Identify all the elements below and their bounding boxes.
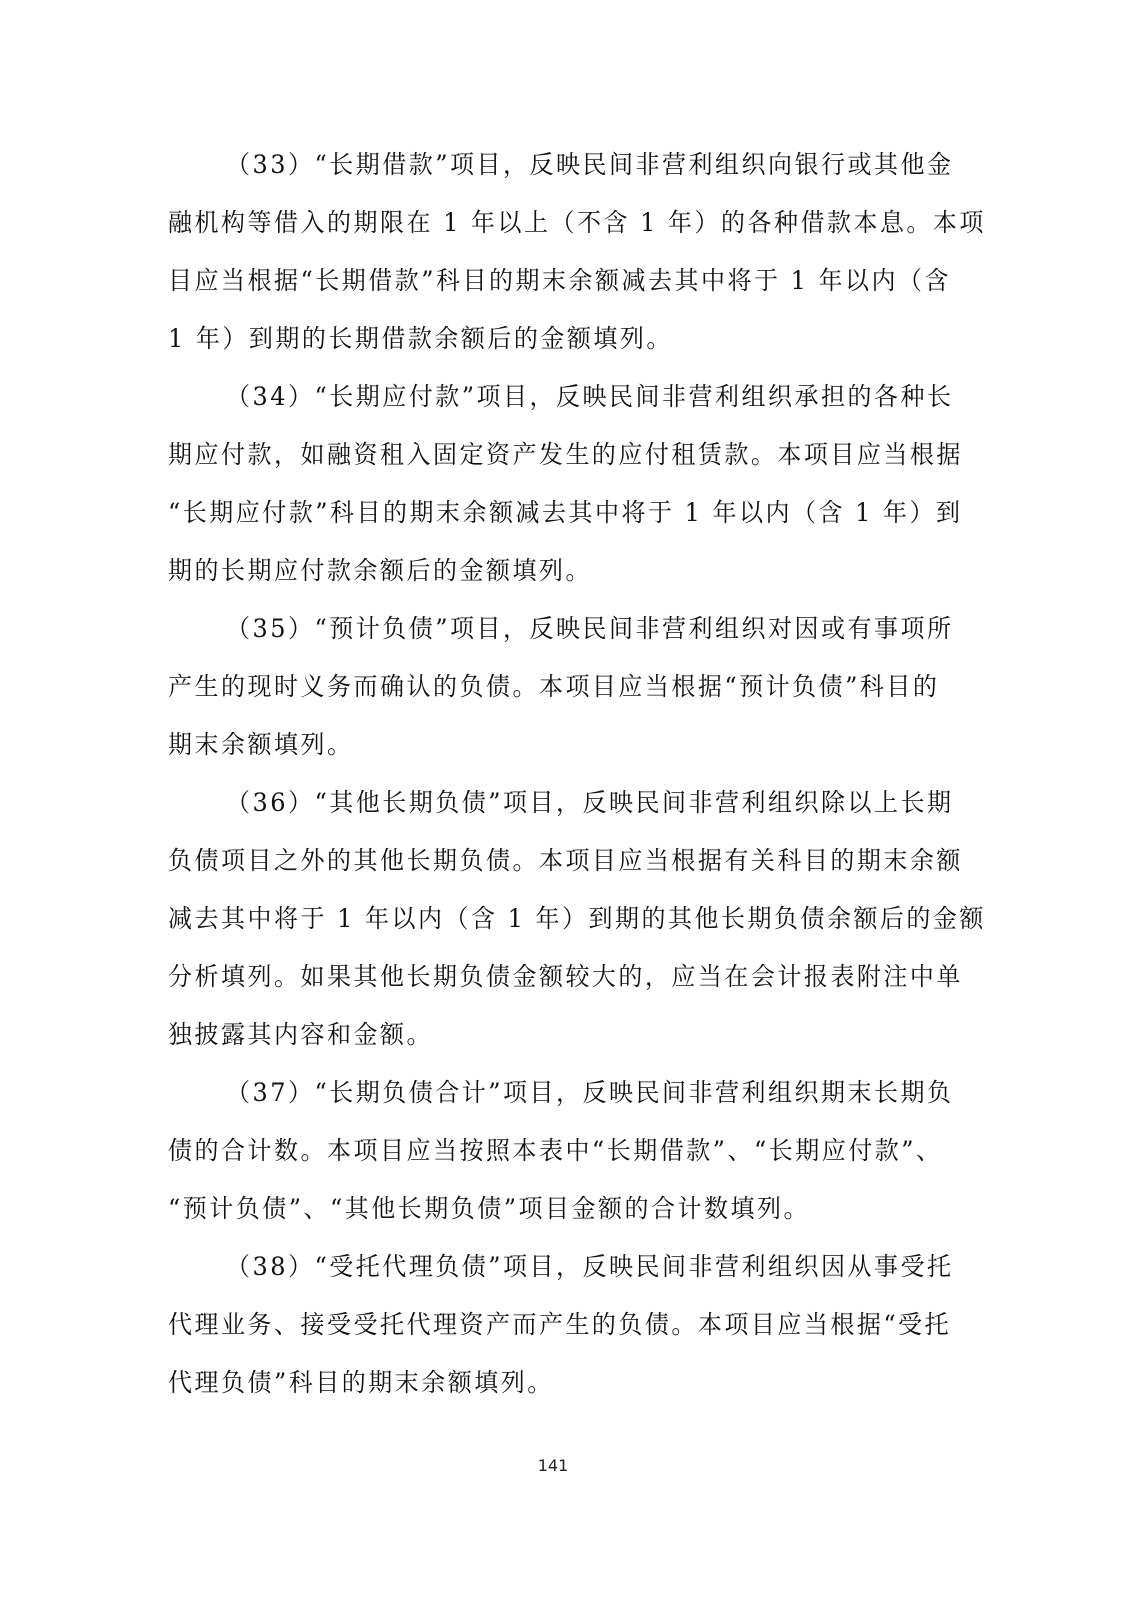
paragraph-line: 分析填列。如果其他长期负债金额较大的，应当在会计报表附注中单 — [168, 957, 912, 997]
paragraph-line: 期末余额填列。 — [168, 725, 353, 765]
paragraph-line: 债的合计数。本项目应当按照本表中“长期借款”、“长期应付款”、 — [168, 1131, 912, 1171]
paragraph-line: 目应当根据“长期借款”科目的期末余额减去其中将于 1 年以内（含 — [168, 261, 912, 301]
paragraph-line: （33）“长期借款”项目，反映民间非营利组织向银行或其他金 — [226, 145, 914, 185]
document-page: （33）“长期借款”项目，反映民间非营利组织向银行或其他金 融机构等借入的期限在… — [0, 0, 1131, 1600]
paragraph-line: 独披露其内容和金额。 — [168, 1015, 433, 1055]
paragraph-line: 融机构等借入的期限在 1 年以上（不含 1 年）的各种借款本息。本项 — [168, 203, 912, 243]
paragraph-line: 减去其中将于 1 年以内（含 1 年）到期的其他长期负债余额后的金额 — [168, 899, 912, 939]
page-number: 141 — [0, 1456, 1106, 1475]
paragraph-line: “预计负债”、“其他长期负债”项目金额的合计数填列。 — [168, 1189, 810, 1229]
paragraph-line: （36）“其他长期负债”项目，反映民间非营利组织除以上长期 — [226, 783, 914, 823]
paragraph-line: （38）“受托代理负债”项目，反映民间非营利组织因从事受托 — [226, 1247, 914, 1287]
paragraph-line: 产生的现时义务而确认的负债。本项目应当根据“预计负债”科目的 — [168, 667, 912, 707]
paragraph-line: （37）“长期负债合计”项目，反映民间非营利组织期末长期负 — [226, 1073, 914, 1113]
paragraph-line: 负债项目之外的其他长期负债。本项目应当根据有关科目的期末余额 — [168, 841, 912, 881]
paragraph-line: 期的长期应付款余额后的金额填列。 — [168, 551, 592, 591]
paragraph-line: 期应付款，如融资租入固定资产发生的应付租赁款。本项目应当根据 — [168, 435, 912, 475]
paragraph-line: 代理业务、接受受托代理资产而产生的负债。本项目应当根据“受托 — [168, 1305, 912, 1345]
paragraph-line: （34）“长期应付款”项目，反映民间非营利组织承担的各种长 — [226, 377, 914, 417]
paragraph-line: 1 年）到期的长期借款余额后的金额填列。 — [168, 319, 673, 359]
paragraph-line: （35）“预计负债”项目，反映民间非营利组织对因或有事项所 — [226, 609, 914, 649]
paragraph-line: “长期应付款”科目的期末余额减去其中将于 1 年以内（含 1 年）到 — [168, 493, 912, 533]
paragraph-line: 代理负债”科目的期末余额填列。 — [168, 1363, 554, 1403]
